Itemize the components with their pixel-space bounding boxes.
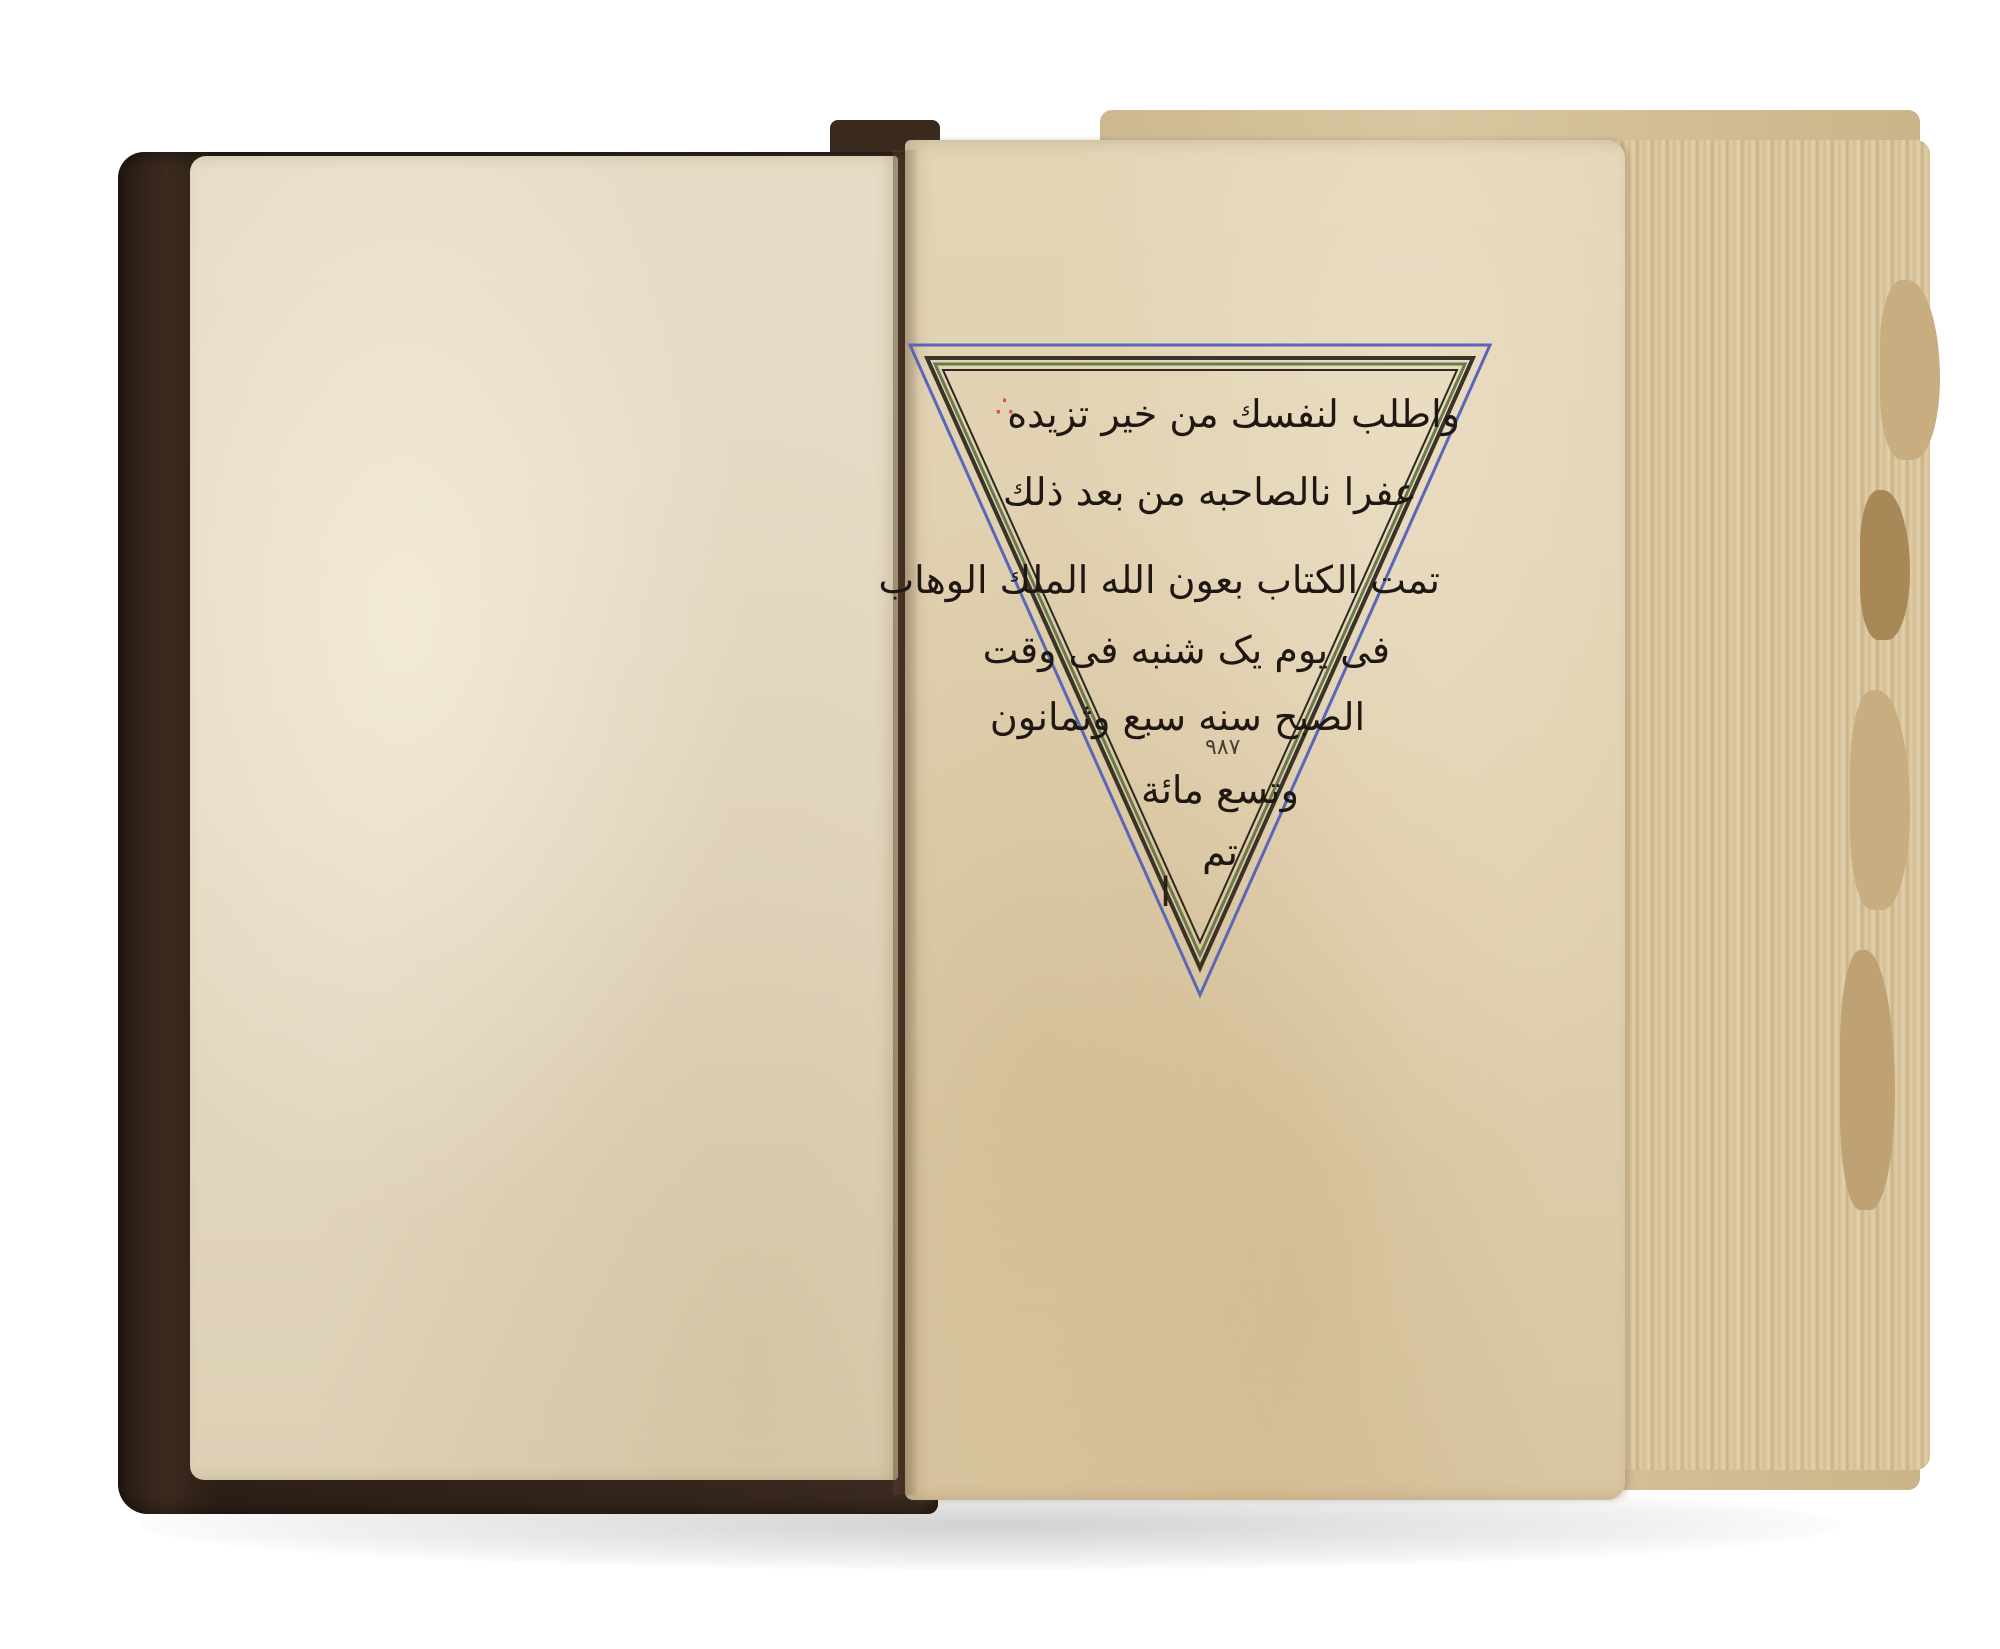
- colophon-line-6: وتسع مائة: [1140, 768, 1300, 812]
- manuscript-photo: واطلب لنفسك من خير تزيده ∴ عفرا نالصاحبه…: [0, 0, 2000, 1649]
- date-numeral: ٩٨٧: [1205, 735, 1240, 760]
- rubric-mark: ∴: [975, 390, 1035, 425]
- blank-flyleaf: [190, 156, 898, 1480]
- colophon-line-1: واطلب لنفسك من خير تزيده: [1040, 392, 1460, 436]
- colophon-line-5: الصبح سنه سبع وثمانون: [1075, 695, 1365, 739]
- torn-page-fragment: [1880, 280, 1940, 460]
- pen-mark: ا: [1160, 870, 1171, 916]
- colophon-line-2: عفرا نالصاحبه من بعد ذلك: [975, 470, 1445, 514]
- colophon-line-7: تم: [1180, 830, 1260, 874]
- colophon-line-4: فی یوم یک شنبه فی وقت: [1050, 628, 1390, 672]
- colophon-line-3: تمت الكتاب بعون الله الملك الوهاب: [1000, 558, 1440, 602]
